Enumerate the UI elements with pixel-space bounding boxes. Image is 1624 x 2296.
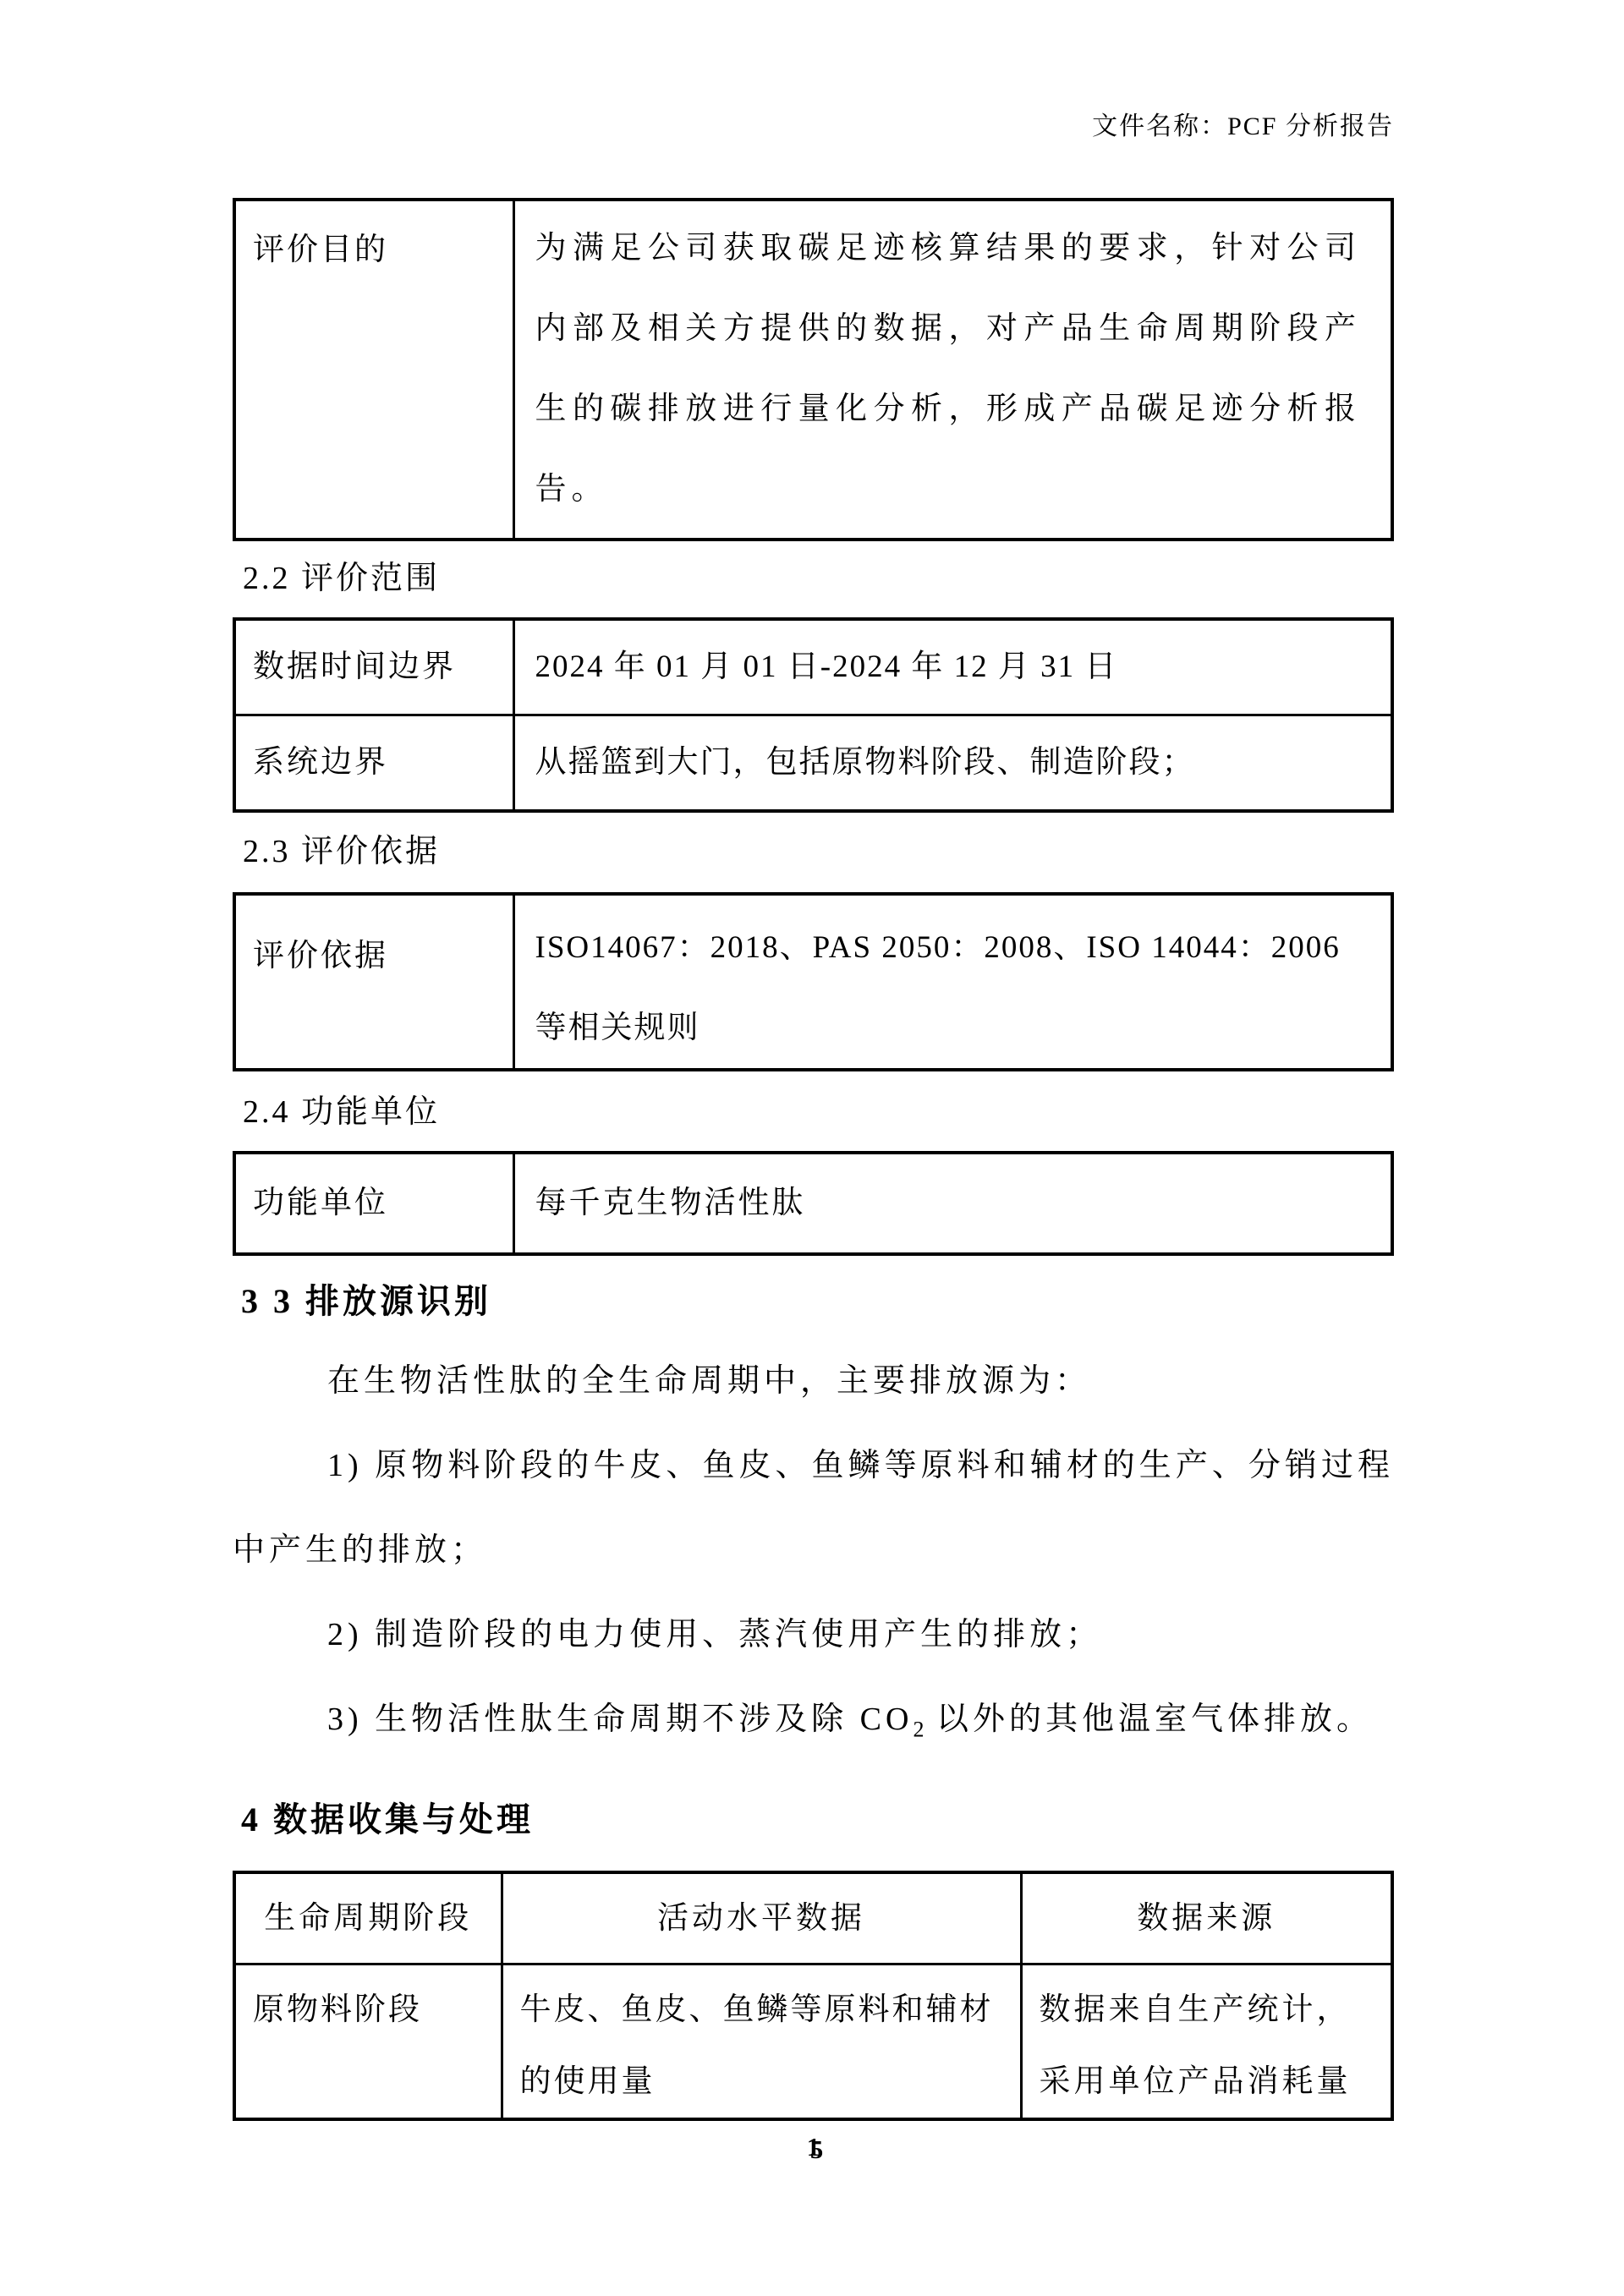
table-row: 评价目的 为满足公司获取碳足迹核算结果的要求，针对公司内部及相关方提供的数据，对… [234,200,1392,540]
table-row: 数据时间边界 2024 年 01 月 01 日-2024 年 12 月 31 日 [234,619,1392,715]
page-footer: 51 [233,2133,1394,2162]
functional-unit-value-cell: 每千克生物活性肽 [513,1153,1392,1254]
table-row: 功能单位 每千克生物活性肽 [234,1153,1392,1254]
table-row: 系统边界 从摇篮到大门，包括原物料阶段、制造阶段； [234,715,1392,812]
document-page: 文件名称：PCF 分析报告 评价目的 为满足公司获取碳足迹核算结果的要求，针对公… [0,0,1624,2296]
basis-value-line-1: ISO14067：2018、PAS 2050：2008、ISO 14044：20… [535,907,1383,988]
scope-system-boundary-label-cell: 系统边界 [234,715,513,812]
functional-unit-table: 功能单位 每千克生物活性肽 [233,1151,1394,1256]
emission-item-3-text: 3) 生物活性肽生命周期不涉及除 CO [327,1701,913,1737]
purpose-value-cell: 为满足公司获取碳足迹核算结果的要求，针对公司内部及相关方提供的数据，对产品生命周… [513,200,1392,540]
purpose-table: 评价目的 为满足公司获取碳足迹核算结果的要求，针对公司内部及相关方提供的数据，对… [233,198,1394,541]
scope-system-boundary-value-cell: 从摇篮到大门，包括原物料阶段、制造阶段； [513,715,1392,812]
section-2-3-title: 2.3 评价依据 [233,835,1394,869]
data-source-header-cell: 数据来源 [1021,1872,1392,1964]
data-collection-table: 生命周期阶段 活动水平数据 数据来源 原物料阶段 牛皮、鱼皮、鱼鳞等原料和辅材的… [233,1871,1394,2121]
page-number-ghost: 5 [810,2135,824,2164]
emission-item-2: 2) 制造阶段的电力使用、蒸汽使用产生的排放； [233,1592,1394,1677]
emission-item-3: 3) 生物活性肽生命周期不涉及除 CO2 以外的其他温室气体排放。 [233,1677,1394,1773]
raw-material-stage-cell: 原物料阶段 [234,1964,502,2119]
lifecycle-stage-header-cell: 生命周期阶段 [234,1872,502,1964]
emission-item-3-text-tail: 以外的其他温室气体排放。 [924,1701,1373,1737]
table-row: 原物料阶段 牛皮、鱼皮、鱼鳞等原料和辅材的使用量 数据来自生产统计，采用单位产品… [234,1964,1392,2119]
functional-unit-label-cell: 功能单位 [234,1153,513,1254]
basis-value-cell: ISO14067：2018、PAS 2050：2008、ISO 14044：20… [513,894,1392,1070]
section-3-3-title: 3 3 排放源识别 [233,1283,1394,1320]
emission-item-1: 1) 原物料阶段的牛皮、鱼皮、鱼鳞等原料和辅材的生产、分销过程中产生的排放； [233,1423,1394,1592]
scope-table: 数据时间边界 2024 年 01 月 01 日-2024 年 12 月 31 日… [233,617,1394,813]
scope-time-boundary-label-cell: 数据时间边界 [234,619,513,715]
section-4-title: 4 数据收集与处理 [233,1801,1394,1838]
activity-data-header-cell: 活动水平数据 [502,1872,1021,1964]
doc-header-label: 文件名称：PCF 分析报告 [233,110,1394,144]
raw-material-activity-cell: 牛皮、鱼皮、鱼鳞等原料和辅材的使用量 [502,1964,1021,2119]
emission-intro-paragraph: 在生物活性肽的全生命周期中，主要排放源为： [233,1339,1394,1423]
section-2-2-title: 2.2 评价范围 [233,562,1394,595]
raw-material-source-cell: 数据来自生产统计，采用单位产品消耗量 [1021,1964,1392,2119]
basis-table: 评价依据 ISO14067：2018、PAS 2050：2008、ISO 140… [233,892,1394,1071]
scope-time-boundary-value-cell: 2024 年 01 月 01 日-2024 年 12 月 31 日 [513,619,1392,715]
co2-subscript: 2 [913,1718,924,1742]
section-2-4-title: 2.4 功能单位 [233,1095,1394,1129]
basis-label-cell: 评价依据 [234,894,513,1070]
page-number: 51 [807,2133,820,2162]
table-header-row: 生命周期阶段 活动水平数据 数据来源 [234,1872,1392,1964]
table-row: 评价依据 ISO14067：2018、PAS 2050：2008、ISO 140… [234,894,1392,1070]
purpose-label-cell: 评价目的 [234,200,513,540]
basis-value-line-2: 等相关规则 [535,988,1383,1068]
